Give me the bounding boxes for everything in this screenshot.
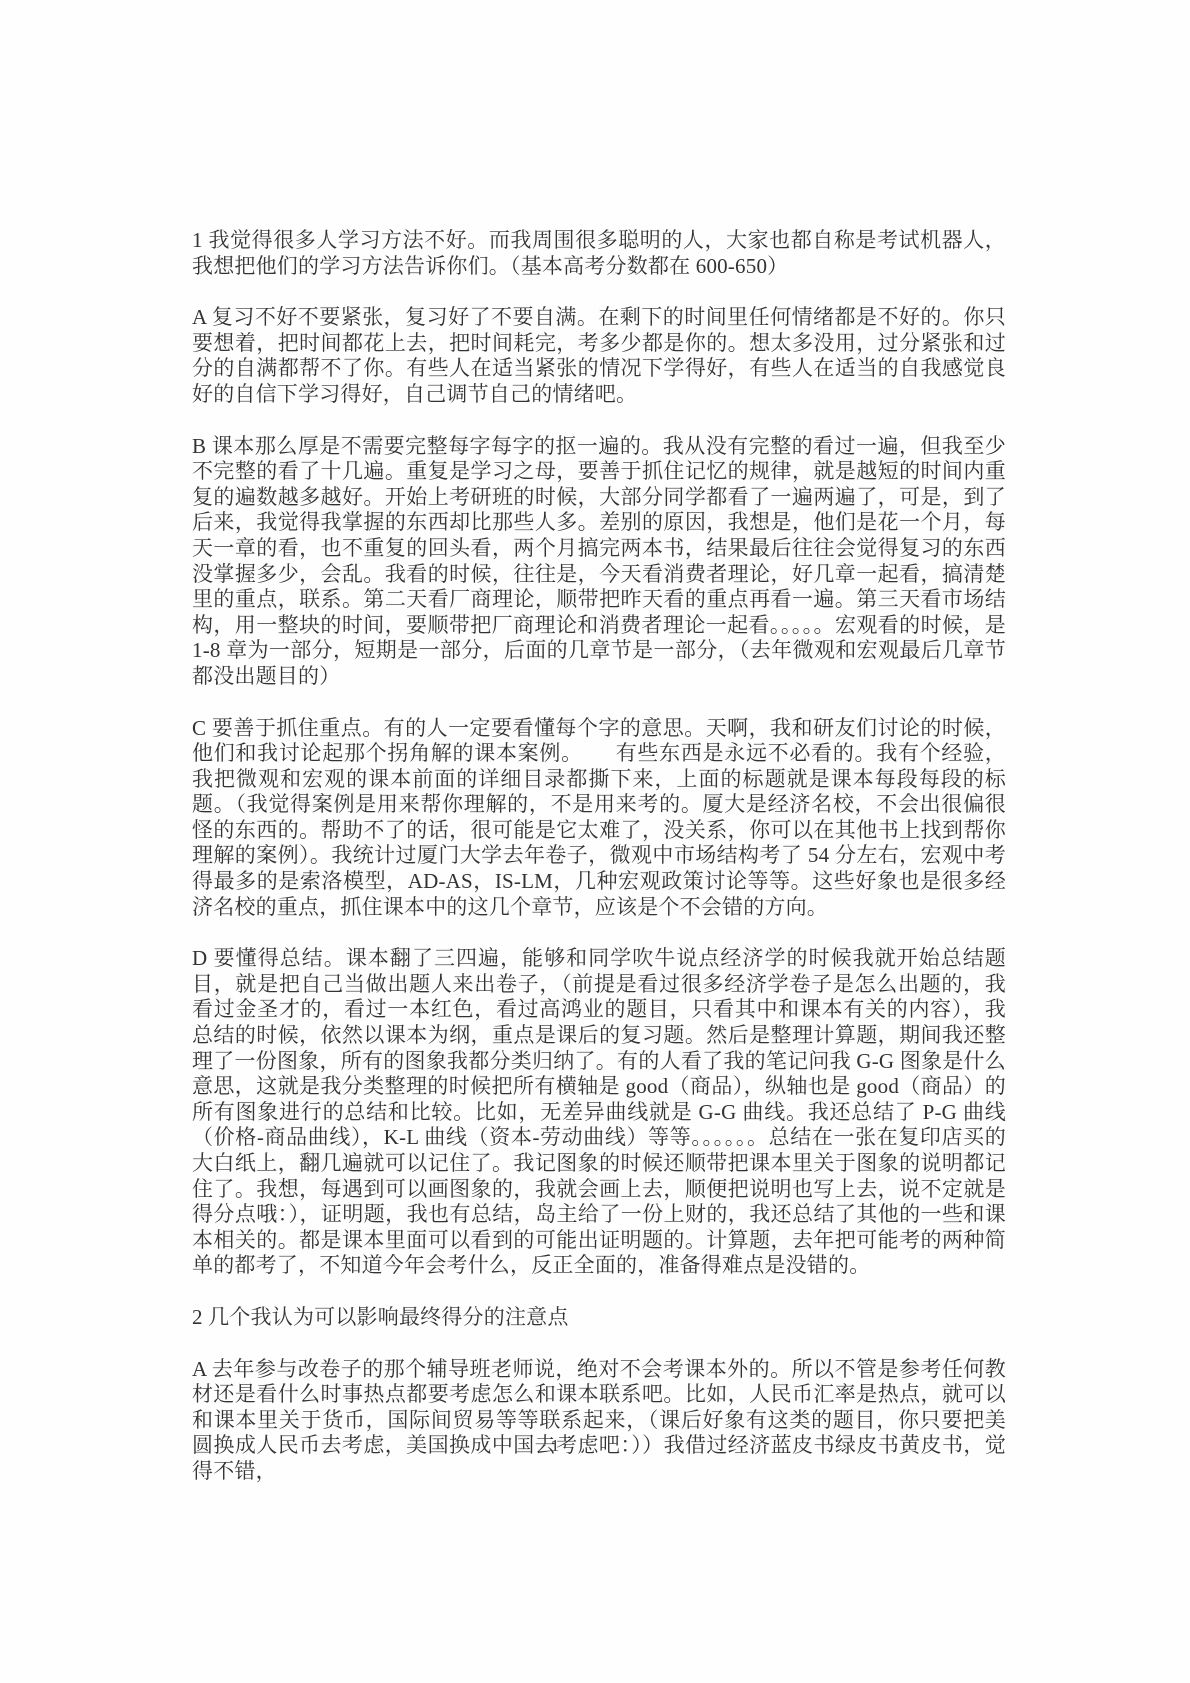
paragraph-point-a: A 复习不好不要紧张，复习好了不要自满。在剩下的时间里任何情绪都是不好的。你只要… — [192, 305, 1006, 407]
paragraph-point-c: C 要善于抓住重点。有的人一定要看懂每个字的意思。天啊，我和研友们讨论的时候，他… — [192, 716, 1006, 921]
paragraph-section-1-intro: 1 我觉得很多人学习方法不好。而我周围很多聪明的人，大家也都自称是考试机器人，我… — [192, 228, 1006, 279]
paragraph-point-b: B 课本那么厚是不需要完整每字每字的抠一遍的。我从没有完整的看过一遍，但我至少不… — [192, 434, 1006, 690]
paragraph-section-2-point-a: A 去年参与改卷子的那个辅导班老师说，绝对不会考课本外的。所以不管是参考任何教材… — [192, 1357, 1006, 1485]
document-page: 1 我觉得很多人学习方法不好。而我周围很多聪明的人，大家也都自称是考试机器人，我… — [0, 0, 1190, 1683]
paragraph-section-2-heading: 2 几个我认为可以影响最终得分的注意点 — [192, 1305, 1006, 1331]
text-content: 1 我觉得很多人学习方法不好。而我周围很多聪明的人，大家也都自称是考试机器人，我… — [192, 228, 1006, 1511]
page-number: 1 — [540, 1436, 570, 1456]
paragraph-point-d: D 要懂得总结。课本翻了三四遍，能够和同学吹牛说点经济学的时候我就开始总结题目，… — [192, 946, 1006, 1279]
